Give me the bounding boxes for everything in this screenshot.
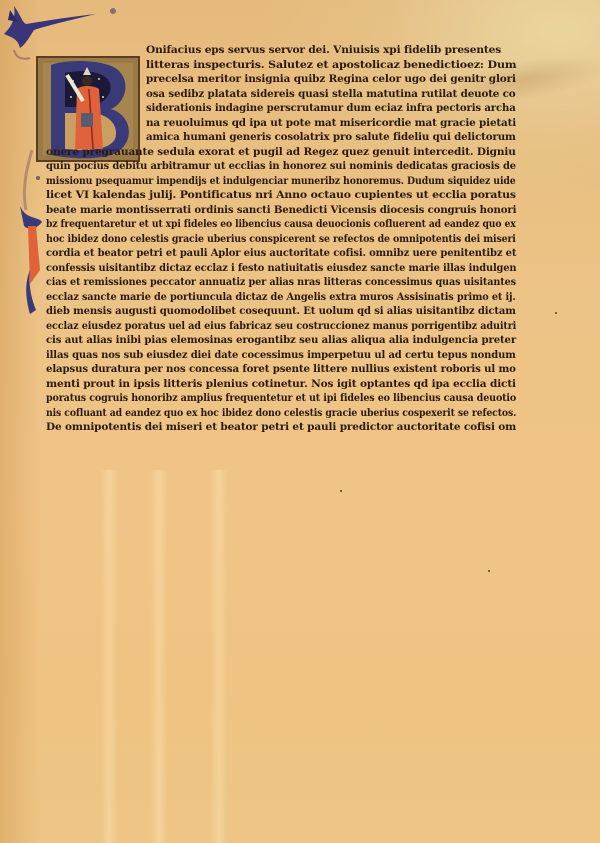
text-line: beate marie montisserrati ordinis sancti… (46, 204, 516, 216)
fold-mark (150, 470, 168, 843)
text-line: osa sedibz platata sidereis quasi stella… (146, 88, 516, 100)
ink-speck (488, 570, 490, 572)
text-line: cis aut alias inibi pias elemosinas erog… (46, 334, 516, 346)
manuscript-page: Onifacius eps servus servor dei. Vniuisi… (0, 0, 600, 843)
marginal-pendant-ornament-icon (8, 150, 48, 350)
text-line: licet VI kalendas julij. Pontificatus nr… (46, 189, 516, 201)
text-line: litteras inspecturis. Salutez et apostol… (146, 59, 516, 71)
text-line: De omnipotentis dei miseri et beator pet… (46, 421, 516, 433)
text-line: poratus cogruis honoribz amplius frequen… (46, 392, 516, 404)
text-line: dieb mensis augusti quomodolibet cosequu… (46, 305, 516, 317)
text-line: confessis uisitantibz dictaz ecclaz i fe… (46, 262, 516, 274)
text-line: amica humani generis cosolatrix pro salu… (146, 131, 516, 143)
text-line: precelsa meritor insignia quibz Regina c… (146, 73, 516, 85)
text-line: menti prout in ipsis litteris plenius co… (46, 378, 516, 390)
text-line: siderationis indagine perscrutamur dum e… (146, 102, 516, 114)
fold-mark (210, 470, 228, 843)
text-line: bz frequentaretur et ut xpi fideles eo l… (46, 218, 516, 230)
text-line: illas quas nos sub eiusdez diei date coc… (46, 349, 516, 361)
text-line: cias et remissiones peccator annuatiz pe… (46, 276, 516, 288)
text-line: hoc ibidez dono celestis gracie uberius … (46, 233, 516, 245)
fold-mark (100, 470, 118, 843)
text-line: onere pregrauante sedula exorat et pugil… (46, 146, 516, 158)
text-line: cordia et beator petri et pauli Aplor ei… (46, 247, 516, 259)
text-line: na reuoluimus qd ipa ut pote mat miseric… (146, 117, 516, 129)
text-line: quin pocius debitu arbitramur ut ecclias… (46, 160, 516, 172)
text-line: missionu psequamur impendijs et indulgen… (46, 175, 516, 187)
flourish-ornament-icon (0, 0, 120, 60)
text-line: ecclaz eiusdez poratus uel ad eius fabri… (46, 320, 516, 332)
ink-speck (555, 312, 557, 314)
text-line: Onifacius eps servus servor dei. Vniuisi… (146, 44, 516, 56)
text-line: ecclaz sancte marie de portiuncula dicta… (46, 291, 516, 303)
ink-speck (340, 490, 342, 492)
text-line: elapsus duratura per nos concessa foret … (46, 363, 516, 375)
text-line: nis cofluant ad eandez quo ex hoc ibidez… (46, 407, 516, 419)
